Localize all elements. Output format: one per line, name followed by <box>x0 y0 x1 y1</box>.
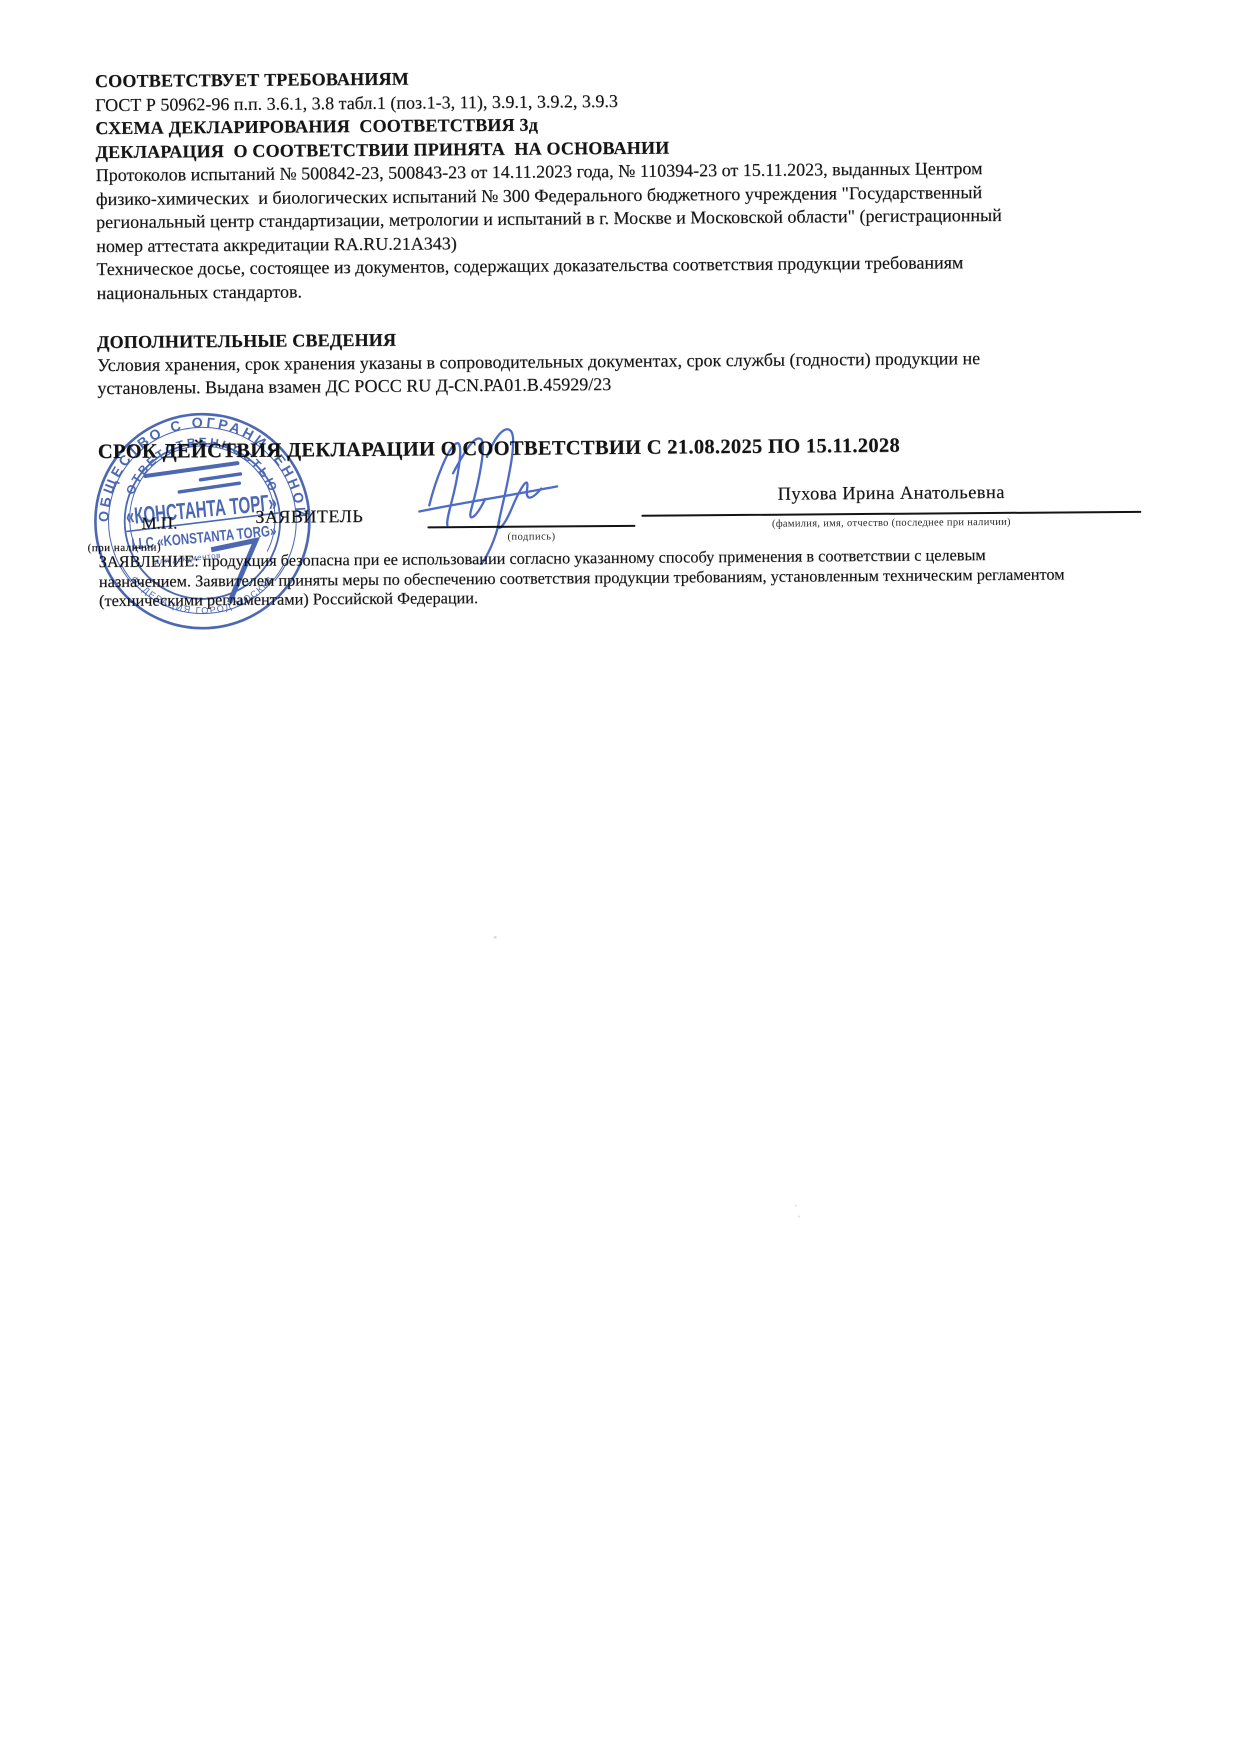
scan-speck <box>798 1216 800 1218</box>
scanned-content: СООТВЕТСТВУЕТ ТРЕБОВАНИЯМ ГОСТ Р 50962-9… <box>0 0 1240 1754</box>
company-stamp: ОБЩЕСТВО С ОГРАНИЧЕННОЙ ОТВЕТСТВЕННОСТЬЮ… <box>91 407 315 635</box>
technical-dossier-text: Техническое досье, состоящее из документ… <box>96 250 1174 305</box>
scan-speck <box>494 936 497 939</box>
stamp-org-name-ru: «КОНСТАНТА ТОРГ» <box>125 489 278 529</box>
stamp-purpose-text: для документов <box>154 551 221 566</box>
applicant-name: Пухова Ирина Анатольевна <box>641 482 1141 507</box>
additional-info-text: Условия хранения, срок хранения указаны … <box>97 346 1175 400</box>
conformity-requirements-block: СООТВЕТСТВУЕТ ТРЕБОВАНИЯМ ГОСТ Р 50962-9… <box>95 62 1175 305</box>
additional-info-block: ДОПОЛНИТЕЛЬНЫЕ СВЕДЕНИЯ Условия хранения… <box>97 323 1176 400</box>
applicant-name-area: Пухова Ирина Анатольевна (фамилия, имя, … <box>641 482 1141 531</box>
stamp-logo <box>145 463 242 495</box>
scan-speck <box>795 1205 797 1207</box>
declaration-document-page: СООТВЕТСТВУЕТ ТРЕБОВАНИЯМ ГОСТ Р 50962-9… <box>0 0 1240 1754</box>
test-protocols-text: Протоколов испытаний № 500842-23, 500843… <box>96 156 1175 258</box>
name-caption: (фамилия, имя, отчество (последнее при н… <box>641 516 1141 531</box>
handwritten-signature <box>398 404 583 565</box>
